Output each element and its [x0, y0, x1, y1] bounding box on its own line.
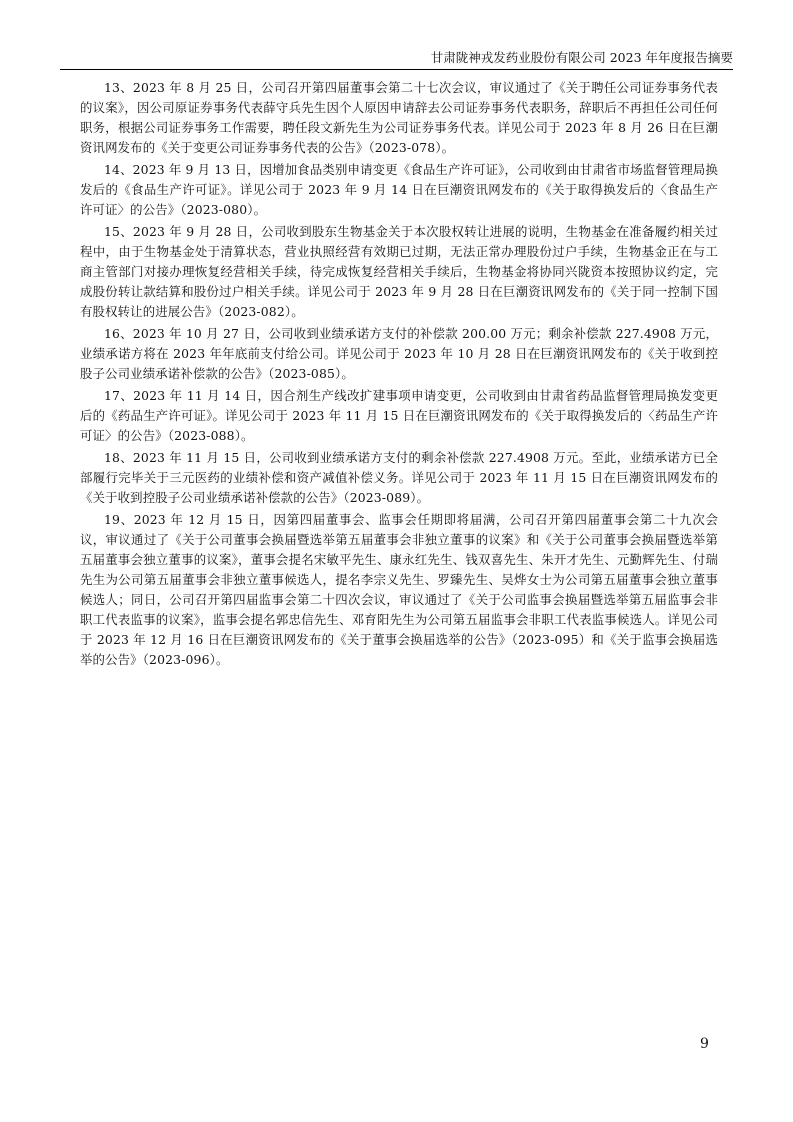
- paragraph-item-13: 13、2023 年 8 月 25 日，公司召开第四届董事会第二十七次会议，审议通…: [80, 78, 718, 158]
- paragraph-item-19: 19、2023 年 12 月 15 日，因第四届董事会、监事会任期即将届满，公司…: [80, 510, 718, 670]
- paragraph-item-14: 14、2023 年 9 月 13 日，因增加食品类别申请变更《食品生产许可证》，…: [80, 160, 718, 220]
- paragraph-item-16: 16、2023 年 10 月 27 日，公司收到业绩承诺方支付的补偿款 200.…: [80, 324, 718, 384]
- page-header: 甘肃陇神戎发药业股份有限公司 2023 年年度报告摘要: [60, 50, 733, 70]
- paragraph-item-17: 17、2023 年 11 月 14 日，因合剂生产线改扩建事项申请变更，公司收到…: [80, 386, 718, 446]
- paragraph-item-18: 18、2023 年 11 月 15 日，公司收到业绩承诺方支付的剩余补偿款 22…: [80, 448, 718, 508]
- document-body: 13、2023 年 8 月 25 日，公司召开第四届董事会第二十七次会议，审议通…: [80, 78, 718, 672]
- header-divider: [60, 69, 733, 70]
- paragraph-item-15: 15、2023 年 9 月 28 日，公司收到股东生物基金关于本次股权转让进展的…: [80, 222, 718, 322]
- page-number: 9: [700, 1036, 709, 1052]
